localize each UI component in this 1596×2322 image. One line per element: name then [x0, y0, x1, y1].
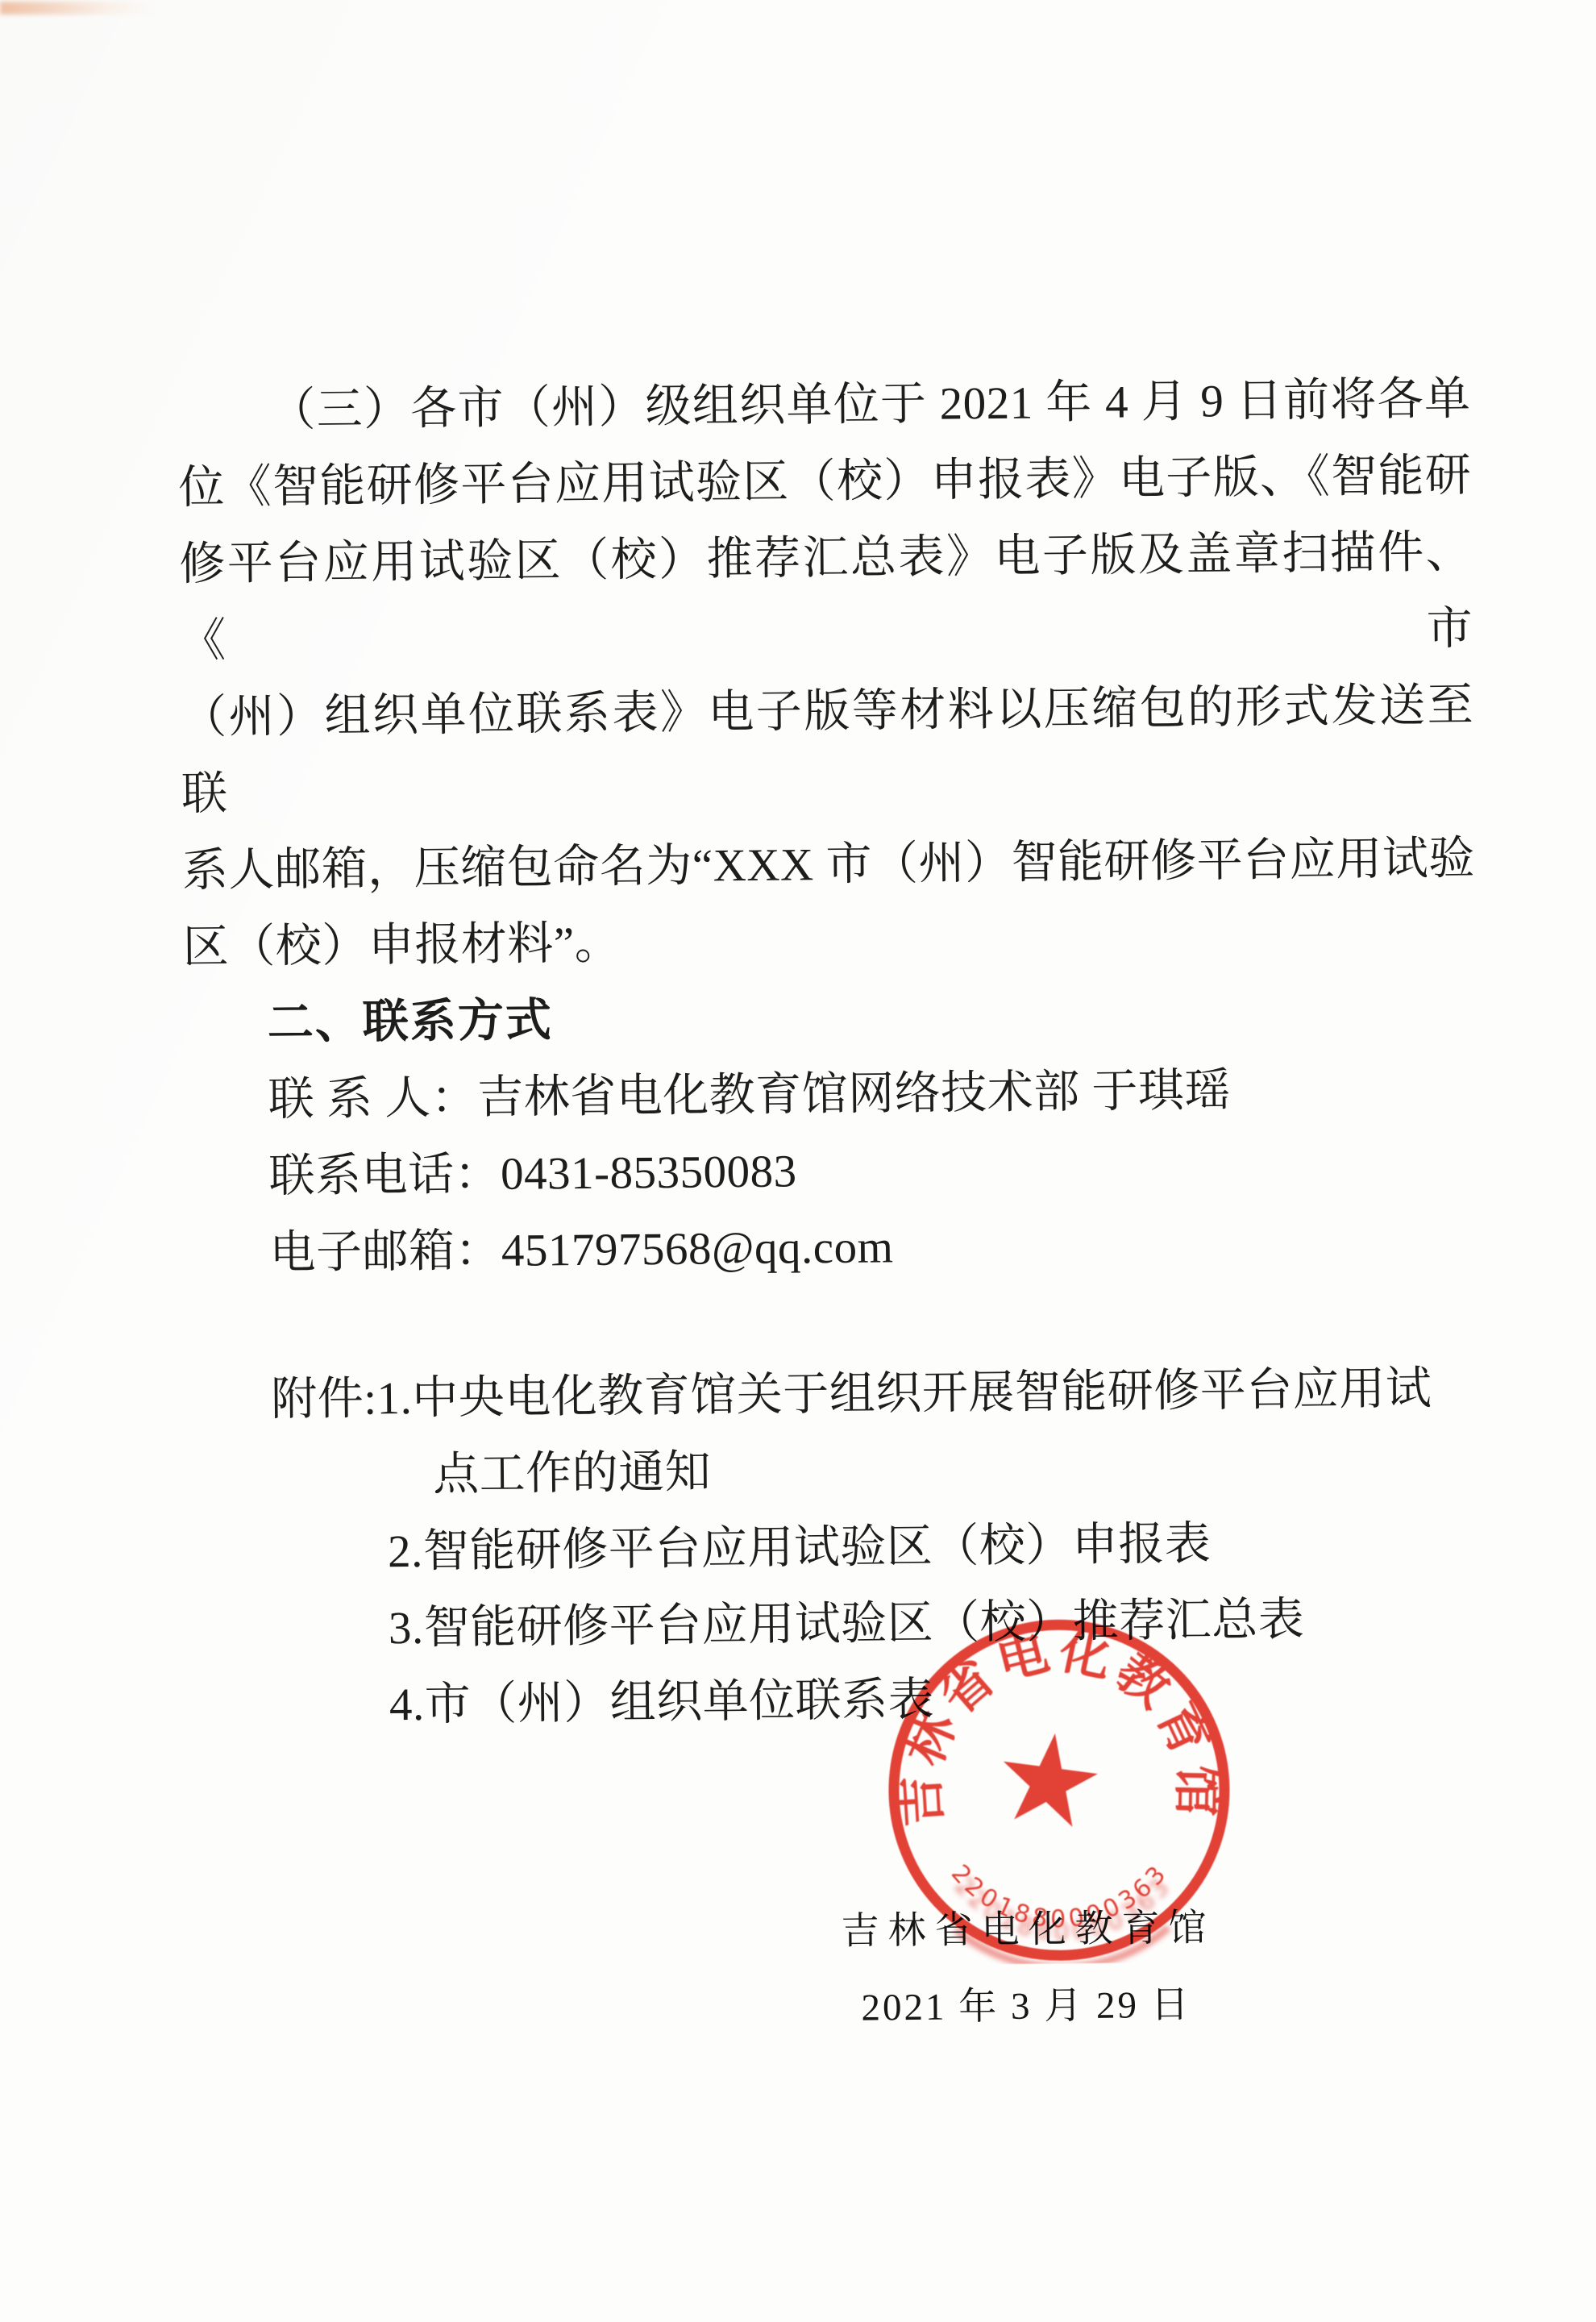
official-seal: 2201880000363 吉林省电化教育馆 2201880000363 [884, 1615, 1234, 1965]
attachments-label: 附件: [271, 1373, 377, 1425]
section-heading: 二、联系方式 [183, 973, 1477, 1062]
paragraph-line: （三）各市（州）级组织单位于 2021 年 4 月 9 日前将各单 [177, 360, 1471, 449]
attachment-item-4: 4.市（州）组织单位联系表 [189, 1656, 1483, 1745]
attachment-item-2: 2.智能研修平台应用试验区（校）申报表 [189, 1503, 1482, 1592]
contact-phone-line: 联系电话：0431-85350083 [185, 1126, 1478, 1215]
paragraph-line: 修平台应用试验区（校）推荐汇总表》电子版及盖章扫描件、《市 [179, 514, 1473, 679]
body-paragraph: （三）各市（州）级组织单位于 2021 年 4 月 9 日前将各单 位《智能研修… [177, 360, 1476, 985]
scan-smudge [0, 2, 157, 15]
contact-email-line: 电子邮箱：451797568@qq.com [185, 1203, 1479, 1292]
attachment-item-1-text: 1.中央电化教育馆关于组织开展智能研修平台应用试 [376, 1363, 1432, 1425]
paragraph-line: （州）组织单位联系表》电子版等材料以压缩包的形式发送至联 [181, 667, 1475, 832]
paragraph-line: 区（校）申报材料”。 [182, 897, 1476, 985]
contact-person-line: 联 系 人：吉林省电化教育馆网络技术部 于琪瑶 [184, 1050, 1478, 1138]
attachment-item-1-continuation: 点工作的通知 [188, 1426, 1482, 1515]
attachment-item-3: 3.智能研修平台应用试验区（校）推荐汇总表 [189, 1579, 1483, 1668]
attachments-block: 附件:1.中央电化教育馆关于组织开展智能研修平台应用试 点工作的通知 2.智能研… [187, 1350, 1483, 1745]
signature-block: 吉林省电化教育馆 2021 年 3 月 29 日 [192, 1887, 1486, 2053]
attachment-item-1: 附件:1.中央电化教育馆关于组织开展智能研修平台应用试 [187, 1350, 1481, 1438]
seal-star-icon [996, 1727, 1103, 1829]
paragraph-line: 位《智能研修平台应用试验区（校）申报表》电子版、《智能研 [178, 437, 1472, 526]
signature-date: 2021 年 3 月 29 日 [193, 1964, 1486, 2053]
document-content: （三）各市（州）级组织单位于 2021 年 4 月 9 日前将各单 位《智能研修… [177, 360, 1486, 2053]
contact-block: 联 系 人：吉林省电化教育馆网络技术部 于琪瑶 联系电话：0431-853500… [184, 1050, 1479, 1292]
scanned-document-page: （三）各市（州）级组织单位于 2021 年 4 月 9 日前将各单 位《智能研修… [0, 0, 1596, 2322]
paragraph-line: 系人邮箱，压缩包命名为“XXX 市（州）智能研修平台应用试验 [182, 820, 1476, 909]
signature-org: 吉林省电化教育馆 [192, 1887, 1486, 1976]
